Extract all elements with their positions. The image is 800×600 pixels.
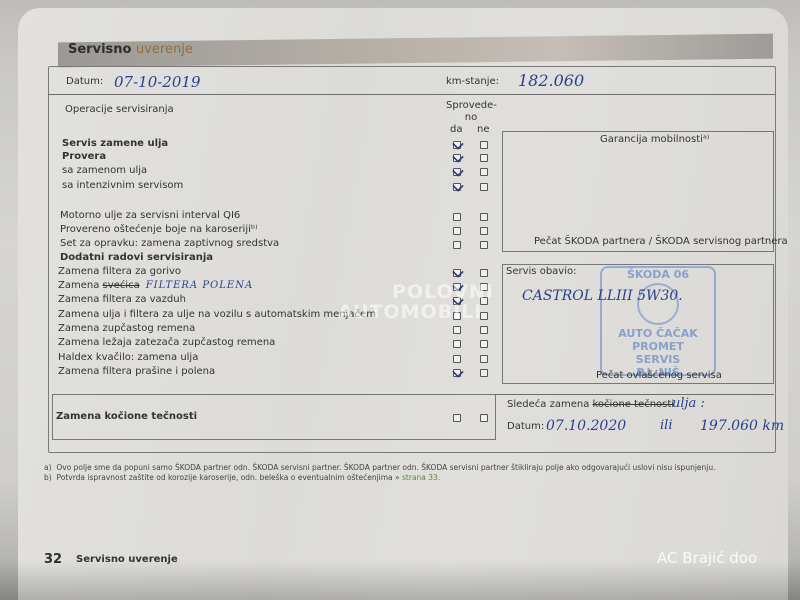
no-checkbox[interactable] bbox=[480, 213, 488, 221]
brake-fluid-label: Zamena kočione tečnosti bbox=[56, 411, 197, 422]
operation-label: Zamena zupčastog remena bbox=[58, 323, 195, 334]
yes-checkbox[interactable] bbox=[453, 241, 461, 249]
no-header: ne bbox=[477, 124, 490, 135]
footnote-a: a) Ovo polje sme da popuni samo ŠKODA pa… bbox=[44, 463, 716, 472]
divider bbox=[48, 94, 775, 95]
no-checkbox[interactable] bbox=[480, 340, 488, 348]
date-value: 07-10-2019 bbox=[114, 73, 200, 91]
mobility-footer: Pečat ŠKODA partnera / ŠKODA servisnog p… bbox=[534, 236, 788, 247]
dealer-stamp: ŠKODA 06 AUTO ČAČAK PROMET SERVIS P.J. N… bbox=[600, 266, 716, 376]
footer-section: Servisno uverenje bbox=[76, 554, 178, 565]
no-checkbox[interactable] bbox=[480, 168, 488, 176]
yes-checkbox[interactable] bbox=[453, 141, 461, 149]
watermark: POLOVNI AUTOMOBILI bbox=[338, 282, 494, 322]
yes-checkbox[interactable] bbox=[453, 369, 461, 377]
divider bbox=[494, 394, 774, 395]
operation-label: Haldex kvačilo: zamena ulja bbox=[58, 352, 198, 363]
yes-header: da bbox=[450, 124, 462, 135]
page-reference-link[interactable]: strana 33 bbox=[402, 473, 438, 482]
footnote-b: b) Potvrda ispravnost zaštite od korozij… bbox=[44, 473, 440, 482]
service-label: Servis obavio: bbox=[506, 266, 576, 277]
service-footer: Pečat ovlašćenog servisa bbox=[596, 370, 722, 381]
no-checkbox[interactable] bbox=[480, 154, 488, 162]
brake-fluid-no-checkbox[interactable] bbox=[480, 414, 488, 422]
operation-label: Zamena svećicaFILTERA POLENA bbox=[58, 280, 253, 291]
next-service-handwritten: ulja : bbox=[672, 396, 705, 411]
no-checkbox[interactable] bbox=[480, 227, 488, 235]
mobility-guarantee-box bbox=[502, 131, 774, 252]
yes-checkbox[interactable] bbox=[453, 269, 461, 277]
no-checkbox[interactable] bbox=[480, 369, 488, 377]
operation-label: Zamena filtera prašine i polena bbox=[58, 366, 215, 377]
yes-checkbox[interactable] bbox=[453, 154, 461, 162]
next-date-label: Datum: bbox=[507, 421, 544, 432]
operation-label: Zamena filtera za vazduh bbox=[58, 294, 186, 305]
operation-label: Set za opravku: zamena zaptivnog sredstv… bbox=[60, 238, 279, 249]
operation-label: Provereno oštećenje boje na karoserijiᵇ⁾ bbox=[60, 224, 258, 235]
done-header: Sprovede- no bbox=[446, 100, 496, 124]
brand-overlay: AC Brajić doo bbox=[657, 549, 757, 567]
operation-label: Provera bbox=[62, 151, 106, 162]
no-checkbox[interactable] bbox=[480, 141, 488, 149]
operation-label: sa intenzivnim servisom bbox=[62, 180, 183, 191]
km-label: km-stanje: bbox=[446, 76, 499, 87]
operation-label: Zamena ulja i filtera za ulje na vozilu … bbox=[58, 309, 376, 320]
section-heading: Dodatni radovi servisiranja bbox=[60, 252, 213, 263]
no-checkbox[interactable] bbox=[480, 269, 488, 277]
no-checkbox[interactable] bbox=[480, 241, 488, 249]
no-checkbox[interactable] bbox=[480, 326, 488, 334]
operation-label: Zamena filtera za gorivo bbox=[58, 266, 181, 277]
km-value: 182.060 bbox=[518, 71, 584, 90]
next-service-label: Sledeća zamena kočione tečnosti bbox=[507, 399, 674, 410]
yes-checkbox[interactable] bbox=[453, 340, 461, 348]
page-title: Servisno uverenje bbox=[68, 42, 193, 57]
mobility-title: Garancija mobilnostiᵃ⁾ bbox=[600, 134, 709, 145]
yes-checkbox[interactable] bbox=[453, 227, 461, 235]
yes-checkbox[interactable] bbox=[453, 213, 461, 221]
handwritten-note: FILTERA POLENA bbox=[146, 280, 253, 291]
operation-label: Servis zamene ulja bbox=[62, 138, 168, 149]
operation-label: sa zamenom ulja bbox=[62, 165, 147, 176]
brake-fluid-yes-checkbox[interactable] bbox=[453, 414, 461, 422]
yes-checkbox[interactable] bbox=[453, 355, 461, 363]
service-handwritten: CASTROL LLIII 5W30. bbox=[522, 288, 683, 304]
yes-checkbox[interactable] bbox=[453, 326, 461, 334]
no-checkbox[interactable] bbox=[480, 183, 488, 191]
next-date-value: 07.10.2020 bbox=[546, 418, 626, 434]
page-number: 32 bbox=[44, 552, 62, 567]
no-checkbox[interactable] bbox=[480, 355, 488, 363]
date-label: Datum: bbox=[66, 76, 103, 87]
next-or-text: ili bbox=[660, 418, 672, 433]
operation-label: Motorno ulje za servisni interval QI6 bbox=[60, 210, 240, 221]
yes-checkbox[interactable] bbox=[453, 183, 461, 191]
yes-checkbox[interactable] bbox=[453, 168, 461, 176]
next-km-value: 197.060 km bbox=[700, 418, 784, 434]
operation-label: Zamena ležaja zatezača zupčastog remena bbox=[58, 337, 275, 348]
operations-header: Operacije servisiranja bbox=[65, 104, 174, 115]
